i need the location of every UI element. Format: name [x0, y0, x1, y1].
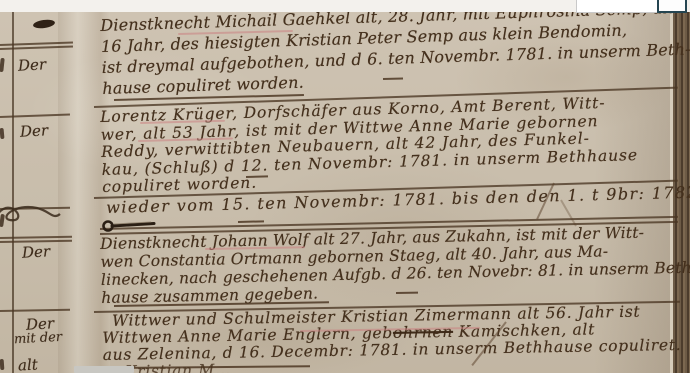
margin-note: Der	[20, 121, 49, 140]
sewing-pin	[99, 216, 159, 236]
margin-note: alt	[18, 355, 39, 373]
margin-note: mit der	[14, 330, 63, 347]
margin-flourish	[0, 193, 61, 229]
margin-note: Der	[22, 242, 51, 261]
scrollbar-fragment[interactable]	[74, 366, 134, 373]
toolbar-field-fragment[interactable]	[576, 0, 658, 13]
clipped-glyph-mark	[0, 359, 4, 370]
register-entry: Dienstknecht Johann Wolf alt 27. Jahr, a…	[100, 223, 690, 307]
toolbar-button-fragment[interactable]	[657, 0, 687, 13]
register-entry: Wittwer und Schulmeister Kristian Zimerm…	[102, 303, 682, 373]
register-entry: Lorentz Krüger, Dorfschäfer aus Korno, A…	[100, 94, 639, 196]
register-scan-viewport[interactable]: Der Der Der Der mit der alt Dienstknecht…	[0, 0, 690, 373]
margin-note: Der	[18, 55, 47, 74]
